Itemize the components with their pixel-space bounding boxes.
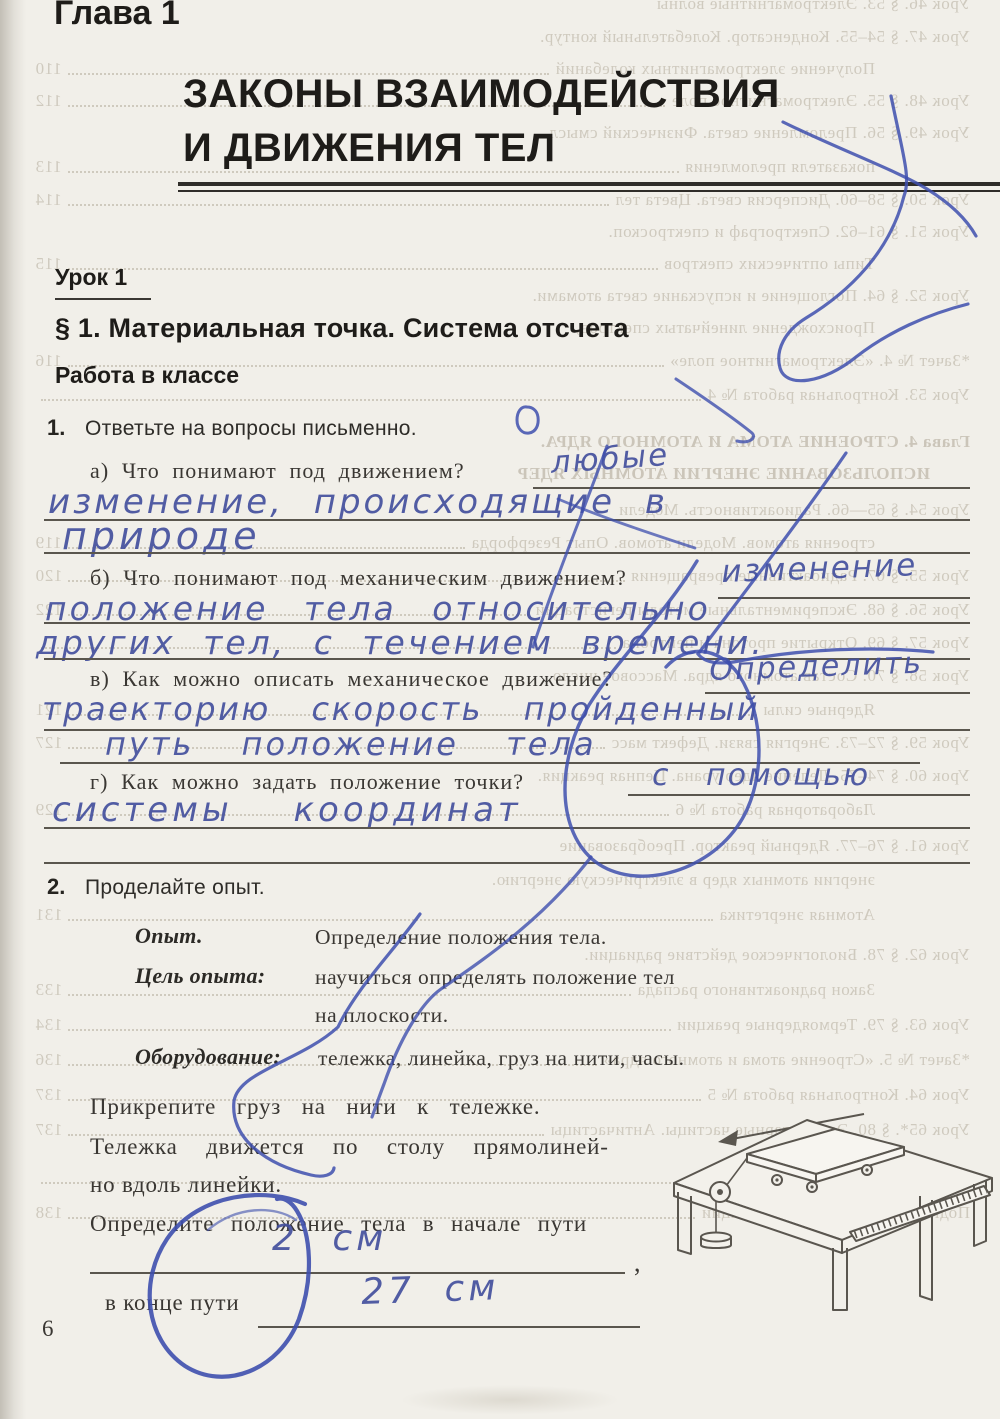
bleed-line: Типы оптических спектров115 xyxy=(35,254,875,274)
bleed-line: Урок 47. § 54–55. Конденсатор. Колебател… xyxy=(539,27,970,47)
pen-stroke xyxy=(783,122,976,236)
workbook-scanned-page: Урок 46. § 53. Электромагнитные волныУро… xyxy=(0,0,1000,1419)
bleed-line: Урок 49. § 56. Преломление света. Физиче… xyxy=(549,123,970,143)
pulley-drawing xyxy=(710,1182,730,1202)
pen-stroke xyxy=(517,407,538,433)
bleed-line: Атомная энергетика131 xyxy=(35,905,875,925)
answer-line xyxy=(44,827,970,829)
task1-instruction: Ответьте на вопросы письменно. xyxy=(85,417,417,441)
body-line: Тележка движется по столу прямолиней- xyxy=(90,1134,609,1160)
handwritten-answer: системы координат xyxy=(52,790,522,830)
pen-stroke xyxy=(779,96,968,381)
weight-drawing xyxy=(701,1233,731,1249)
question-a: а) Что понимают под движением? xyxy=(90,458,465,484)
pen-stroke xyxy=(676,379,754,442)
question-v-label: в) xyxy=(90,666,110,691)
handwritten-answer: с помощью xyxy=(652,758,870,793)
bleed-line: Урок 61. § 76–77. Ядерный реактор. Преоб… xyxy=(559,836,970,856)
subsection-title: Работа в классе xyxy=(55,362,239,389)
answer-line xyxy=(628,794,970,796)
handwritten-end-answer: 27 см xyxy=(361,1267,501,1313)
experiment-table-illustration xyxy=(652,1088,997,1338)
question-b-text: Что понимают под механическим движением? xyxy=(123,565,627,590)
chapter-title-line2: И ДВИЖЕНИЯ ТЕЛ xyxy=(183,126,556,171)
experiment-label-tsel: Цель опыта: xyxy=(135,963,265,989)
question-a-text: Что понимают под движением? xyxy=(122,458,465,483)
task2-number: 2. xyxy=(47,874,65,900)
experiment-opyt-value: Определение положения тела. xyxy=(315,925,607,950)
bleed-line: Урок 63. § 79. Термоядерные реакции134 xyxy=(35,1015,970,1035)
answer-line xyxy=(44,862,970,864)
task1-number: 1. xyxy=(47,415,65,441)
answer-line xyxy=(718,597,970,599)
scan-smudge xyxy=(400,1385,620,1415)
handwritten-answer: путь положение тела xyxy=(105,725,597,763)
question-v-text: Как можно описать механическое движение? xyxy=(123,666,614,691)
handwritten-start-answer: 2 см xyxy=(272,1218,387,1259)
task2-instruction: Проделайте опыт. xyxy=(85,876,265,900)
bleed-line: Урок 52. § 64. Поглощение и испускание с… xyxy=(532,286,970,306)
handwritten-answer: траекторию скорость пройденный xyxy=(42,690,760,728)
question-b-label: б) xyxy=(90,565,111,590)
experiment-tsel-line1: научиться определять положение тел xyxy=(315,965,675,990)
question-a-label: а) xyxy=(90,458,109,483)
bleed-line: Урок 46. § 53. Электромагнитные волны xyxy=(656,0,970,14)
answer-line xyxy=(90,1272,625,1274)
experiment-label-oborud: Оборудование: xyxy=(135,1044,281,1070)
body-line: но вдоль линейки. xyxy=(90,1172,282,1198)
question-v: в) Как можно описать механическое движен… xyxy=(90,666,613,692)
handwritten-answer: Определить xyxy=(709,646,924,688)
handwritten-answer: любые xyxy=(549,437,670,481)
answer-line xyxy=(258,1326,640,1328)
comma: , xyxy=(634,1248,641,1278)
chapter-label: Глава 1 xyxy=(54,0,180,33)
bleed-line: Урок 62. § 78. Биологическое действие ра… xyxy=(584,945,970,965)
body-line: Прикрепите груз на нити к тележке. xyxy=(90,1094,540,1120)
lesson-underline xyxy=(55,298,151,300)
handwritten-answer: изменение xyxy=(721,547,918,590)
question-b: б) Что понимают под механическим движени… xyxy=(90,565,627,591)
experiment-tsel-line2: на плоскости. xyxy=(315,1003,449,1028)
bleed-line: энергии атомных ядер в электрическую эне… xyxy=(491,870,875,890)
scan-edge-shadow xyxy=(0,0,26,1419)
title-rule xyxy=(178,182,1000,192)
bleed-line: Урок 54. § 65—66. Радиоактивность. Модел… xyxy=(618,500,970,520)
section-title: § 1. Материальная точка. Система отсчета xyxy=(55,313,629,344)
end-label: в конце пути xyxy=(105,1290,239,1316)
handwritten-answer: других тел, с течением времени. xyxy=(36,623,765,662)
experiment-oborud-value: тележка, линейка, груз на нити, часы. xyxy=(318,1046,685,1071)
bleed-line: Урок 51. § 61–62. Спектрограф и спектрос… xyxy=(608,222,970,242)
chapter-title-line1: ЗАКОНЫ ВЗАИМОДЕЙСТВИЯ xyxy=(183,72,780,117)
lesson-label: Урок 1 xyxy=(55,264,127,291)
bleed-line: Урок 50. § 58–60. Дисперсия света. Цвета… xyxy=(35,190,970,210)
experiment-label-opyt: Опыт. xyxy=(135,923,203,949)
page-number: 6 xyxy=(42,1316,54,1342)
